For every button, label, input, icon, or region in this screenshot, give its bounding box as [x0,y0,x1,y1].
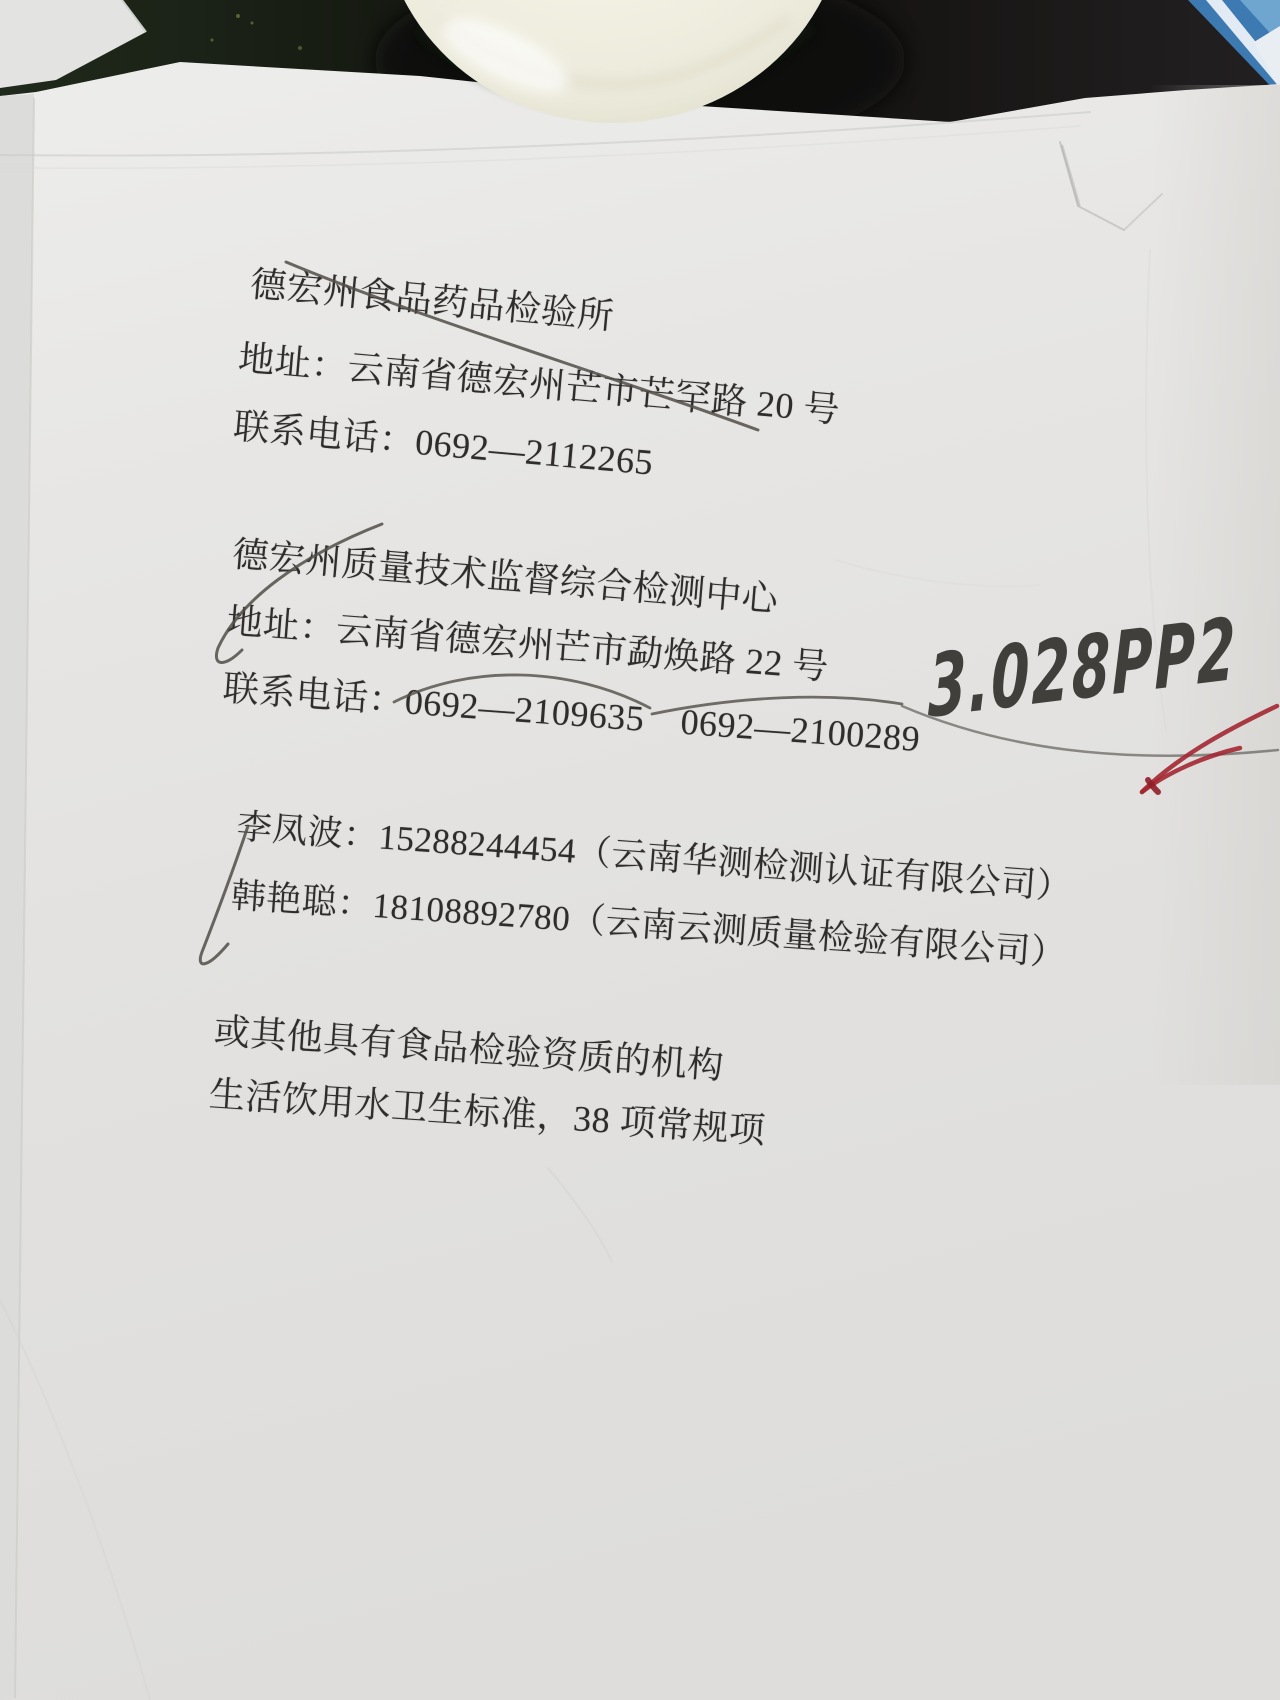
handwritten-number: 3.028PP2 [928,598,1237,737]
org1-name-line: 德宏州食品药品检验所 [248,256,616,340]
document-text: 德宏州食品药品检验所 地址：云南省德宏州芒市芒罕路 20 号 联系电话：0692… [0,0,1280,1700]
photo-of-document: 德宏州食品药品检验所 地址：云南省德宏州芒市芒罕路 20 号 联系电话：0692… [0,0,1280,1700]
